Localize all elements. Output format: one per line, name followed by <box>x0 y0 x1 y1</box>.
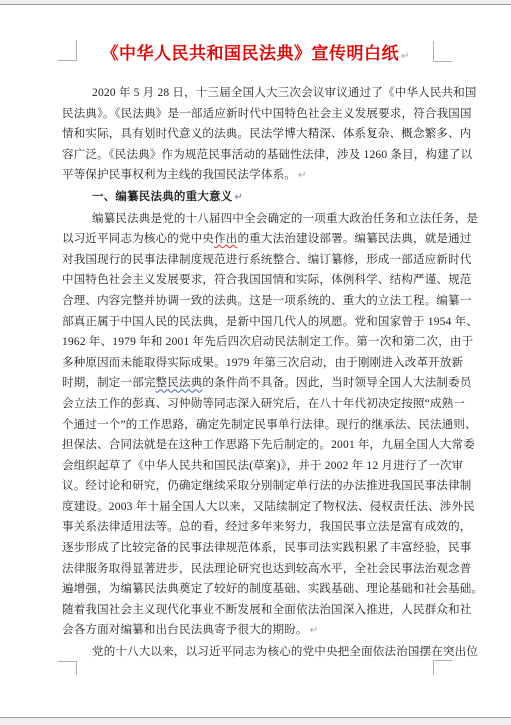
paragraph-mark: ↵ <box>310 625 318 636</box>
text-line: 情和实际，具有划时代意义的法典。民法学博大精深、体系复杂、概念繁多、内 <box>62 124 449 145</box>
document-title: 《中华人民共和国民法典》宣传明白纸↵ <box>62 41 449 70</box>
paragraph-mark: ↵ <box>234 192 242 203</box>
paragraph: 2020 年 5 月 28 日，十三届全国人大三次会议审议通过了《中华人民共和国… <box>62 83 449 187</box>
document-body: 2020 年 5 月 28 日，十三届全国人大三次会议审议通过了《中华人民共和国… <box>62 83 449 663</box>
text-line: 时期，制定一部完整民法典的条件尚不具备。因此，当时领导全国人大法制委员 <box>62 373 449 394</box>
text-line: 1962 年、1979 年和 2001 年先后四次启动民法制定工作。第一次和第二… <box>62 332 449 353</box>
text-line: 多种原因而未能取得实际成果。1979 年第三次启动，由于刚刚进入改革开放新 <box>62 353 449 374</box>
paragraph: 党的十八大以来，以习近平同志为核心的党中央把全面依法治国摆在突出位 <box>62 642 449 663</box>
text-line: 个通过一个”的工作思路，确定先制定民事单行法律。现行的继承法、民法通则、 <box>62 415 449 436</box>
text-line: 随着我国社会主义现代化事业不断发展和全面依法治国深入推进，人民群众和社 <box>62 600 449 621</box>
document-content: 《中华人民共和国民法典》宣传明白纸↵ 2020 年 5 月 28 日，十三届全国… <box>62 41 449 663</box>
paragraph-mark: ↵ <box>401 51 409 62</box>
text-line: 以习近平同志为核心的党中央作出的重大法治建设部署。编纂民法典，就是通过 <box>62 229 449 250</box>
text-line: 部真正属于中国人民的民法典，是新中国几代人的夙愿。党和国家曾于 1954 年、 <box>62 312 449 333</box>
text-line: 平等保护民事权利为主线的我国民法学体系。↵ <box>62 165 449 187</box>
grammar-squiggle: 整民法典 <box>156 377 203 389</box>
text-line: 编纂民法典是党的十八届四中全会确定的一项重大政治任务和立法任务，是 <box>62 209 449 230</box>
text-line: 党的十八大以来，以习近平同志为核心的党中央把全面依法治国摆在突出位 <box>62 642 449 663</box>
document-page: 《中华人民共和国民法典》宣传明白纸↵ 2020 年 5 月 28 日，十三届全国… <box>0 4 511 718</box>
paragraph: 编纂民法典是党的十八届四中全会确定的一项重大政治任务和立法任务，是以习近平同志为… <box>62 209 449 642</box>
text-line: 合理、内容完整并协调一致的法典。这是一项系统的、重大的立法工程。编纂一 <box>62 291 449 312</box>
text-line: 遍增强，为编纂民法典奠定了较好的制度基础、实践基础、理论基础和社会基础。 <box>62 579 449 600</box>
text-line: 担保法、合同法就是在这种工作思路下先后制定的。2001 年，九届全国人大常委 <box>62 435 449 456</box>
text-line: 逐步形成了比较完备的民事法律规范体系，民事司法实践积累了丰富经验，民事 <box>62 538 449 559</box>
text-line: 2020 年 5 月 28 日，十三届全国人大三次会议审议通过了《中华人民共和国 <box>62 83 449 104</box>
text-line: 对我国现行的民事法律制度规范进行系统整合、编订纂修，形成一部适应新时代 <box>62 250 449 271</box>
text-line: 中国特色社会主义发展要求，符合我国国情和实际，体例科学、结构严谨、规范 <box>62 270 449 291</box>
text-line: 一、编纂民法典的重大意义↵ <box>62 187 449 209</box>
text-line: 法律服务取得显著进步，民法理论研究也达到较高水平，全社会民事法治观念普 <box>62 559 449 580</box>
text-line: 会组织起草了《中华人民共和国民法(草案)》，并于 2002 年 12 月进行了一… <box>62 456 449 477</box>
text-line: 会立法工作的彭真、习仲勋等同志深入研究后，在八十年代初决定按照“成熟一 <box>62 394 449 415</box>
text-line: 会各方面对编纂和出台民法典寄予很大的期盼。↵ <box>62 620 449 642</box>
spelling-squiggle: 作出 <box>214 233 237 245</box>
section-heading: 一、编纂民法典的重大意义↵ <box>62 187 449 209</box>
crop-mark-bottom-left <box>58 661 77 675</box>
document-title-text: 《中华人民共和国民法典》宣传明白纸 <box>102 44 400 63</box>
text-line: 事关系法律适用法等。总的看，经过多年来努力，我国民事立法是富有成效的， <box>62 517 449 538</box>
text-line: 度建设。2003 年十届全国人大以来，又陆续制定了物权法、侵权责任法、涉外民 <box>62 497 449 518</box>
paragraph-mark: ↵ <box>298 170 306 181</box>
text-line: 民法典》。《民法典》是一部适应新时代中国特色社会主义发展要求，符合我国国 <box>62 104 449 125</box>
text-line: 容广泛。《民法典》作为规范民事活动的基础性法律，涉及 1260 条目，构建了以 <box>62 145 449 166</box>
text-line: 议。经讨论和研究，仍确定继续采取分别制定单行法的办法推进我国民事法律制 <box>62 476 449 497</box>
